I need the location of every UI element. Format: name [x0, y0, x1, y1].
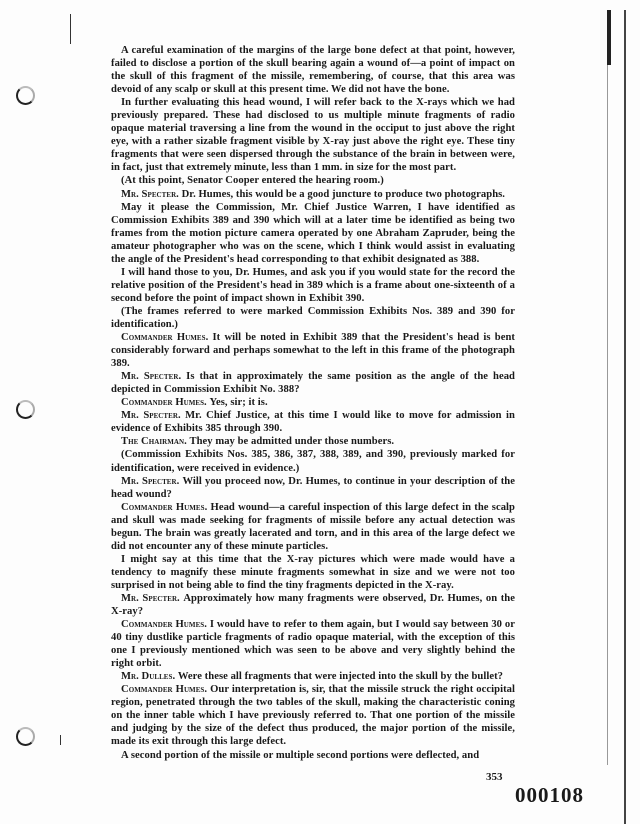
paragraph-text: Dr. Humes, this would be a good juncture… — [182, 189, 505, 200]
paragraph: A careful examination of the margins of … — [111, 44, 515, 96]
paragraph-text: (Commission Exhibits Nos. 385, 386, 387,… — [111, 449, 515, 473]
punch-hole-bottom — [16, 727, 35, 746]
page-number: 353 — [486, 771, 503, 783]
speaker-name: Commander Humes. — [121, 397, 209, 408]
paragraph: Mr. Specter. Dr. Humes, this would be a … — [111, 188, 515, 201]
speaker-name: Mr. Specter. — [121, 593, 183, 604]
paragraph-text: (The frames referred to were marked Comm… — [111, 306, 515, 330]
punch-hole-middle — [16, 400, 35, 419]
speaker-name: Mr. Specter. — [121, 371, 186, 382]
paragraph: (At this point, Senator Cooper entered t… — [111, 174, 515, 187]
paragraph: The Chairman. They may be admitted under… — [111, 435, 515, 448]
paragraph: Commander Humes. Yes, sir; it is. — [111, 396, 515, 409]
paragraph: (The frames referred to were marked Comm… — [111, 305, 515, 331]
paragraph: A second portion of the missile or multi… — [111, 749, 515, 762]
paragraph-text: (At this point, Senator Cooper entered t… — [121, 175, 384, 186]
scan-edge-line — [607, 65, 608, 765]
paragraph: Mr. Specter. Mr. Chief Justice, at this … — [111, 409, 515, 435]
speaker-name: Commander Humes. — [121, 684, 210, 695]
paragraph-text: Yes, sir; it is. — [209, 397, 267, 408]
paragraph: Commander Humes. I would have to refer t… — [111, 618, 515, 670]
paragraph: Commander Humes. It will be noted in Exh… — [111, 331, 515, 370]
margin-mark — [60, 735, 61, 745]
paragraph: I will hand those to you, Dr. Humes, and… — [111, 266, 515, 305]
speaker-name: Mr. Specter. — [121, 476, 182, 487]
speaker-name: Mr. Specter. — [121, 410, 185, 421]
paragraph-text: They may be admitted under those numbers… — [189, 436, 394, 447]
scan-edge-line — [624, 10, 626, 824]
paragraph: Commander Humes. Head wound—a careful in… — [111, 501, 515, 553]
speaker-name: The Chairman. — [121, 436, 189, 447]
paragraph-text: I might say at this time that the X-ray … — [111, 554, 515, 591]
paragraph-text: May it please the Commission, Mr. Chief … — [111, 202, 515, 265]
speaker-name: Mr. Dulles. — [121, 671, 178, 682]
speaker-name: Commander Humes. — [121, 332, 212, 343]
paragraph: Mr. Specter. Will you proceed now, Dr. H… — [111, 475, 515, 501]
margin-mark — [70, 14, 71, 44]
paragraph-text: In further evaluating this head wound, I… — [111, 97, 515, 173]
paragraph-text: I will hand those to you, Dr. Humes, and… — [111, 267, 515, 304]
document-body: A careful examination of the margins of … — [111, 44, 515, 762]
paragraph: Mr. Dulles. Were these all fragments tha… — [111, 670, 515, 683]
paragraph: May it please the Commission, Mr. Chief … — [111, 201, 515, 266]
speaker-name: Mr. Specter. — [121, 189, 182, 200]
scanned-page: A careful examination of the margins of … — [0, 0, 640, 824]
punch-hole-top — [16, 86, 35, 105]
paragraph: Mr. Specter. Approximately how many frag… — [111, 592, 515, 618]
scan-edge-mark — [607, 10, 611, 65]
paragraph: I might say at this time that the X-ray … — [111, 553, 515, 592]
bates-number: 000108 — [515, 783, 584, 808]
paragraph: Commander Humes. Our interpretation is, … — [111, 683, 515, 748]
paragraph: In further evaluating this head wound, I… — [111, 96, 515, 174]
paragraph-text: A careful examination of the margins of … — [111, 45, 515, 95]
speaker-name: Commander Humes. — [121, 619, 210, 630]
paragraph: (Commission Exhibits Nos. 385, 386, 387,… — [111, 448, 515, 474]
speaker-name: Commander Humes. — [121, 502, 211, 513]
paragraph: Mr. Specter. Is that in approximately th… — [111, 370, 515, 396]
paragraph-text: A second portion of the missile or multi… — [121, 750, 479, 761]
paragraph-text: Were these all fragments that were injec… — [178, 671, 503, 682]
